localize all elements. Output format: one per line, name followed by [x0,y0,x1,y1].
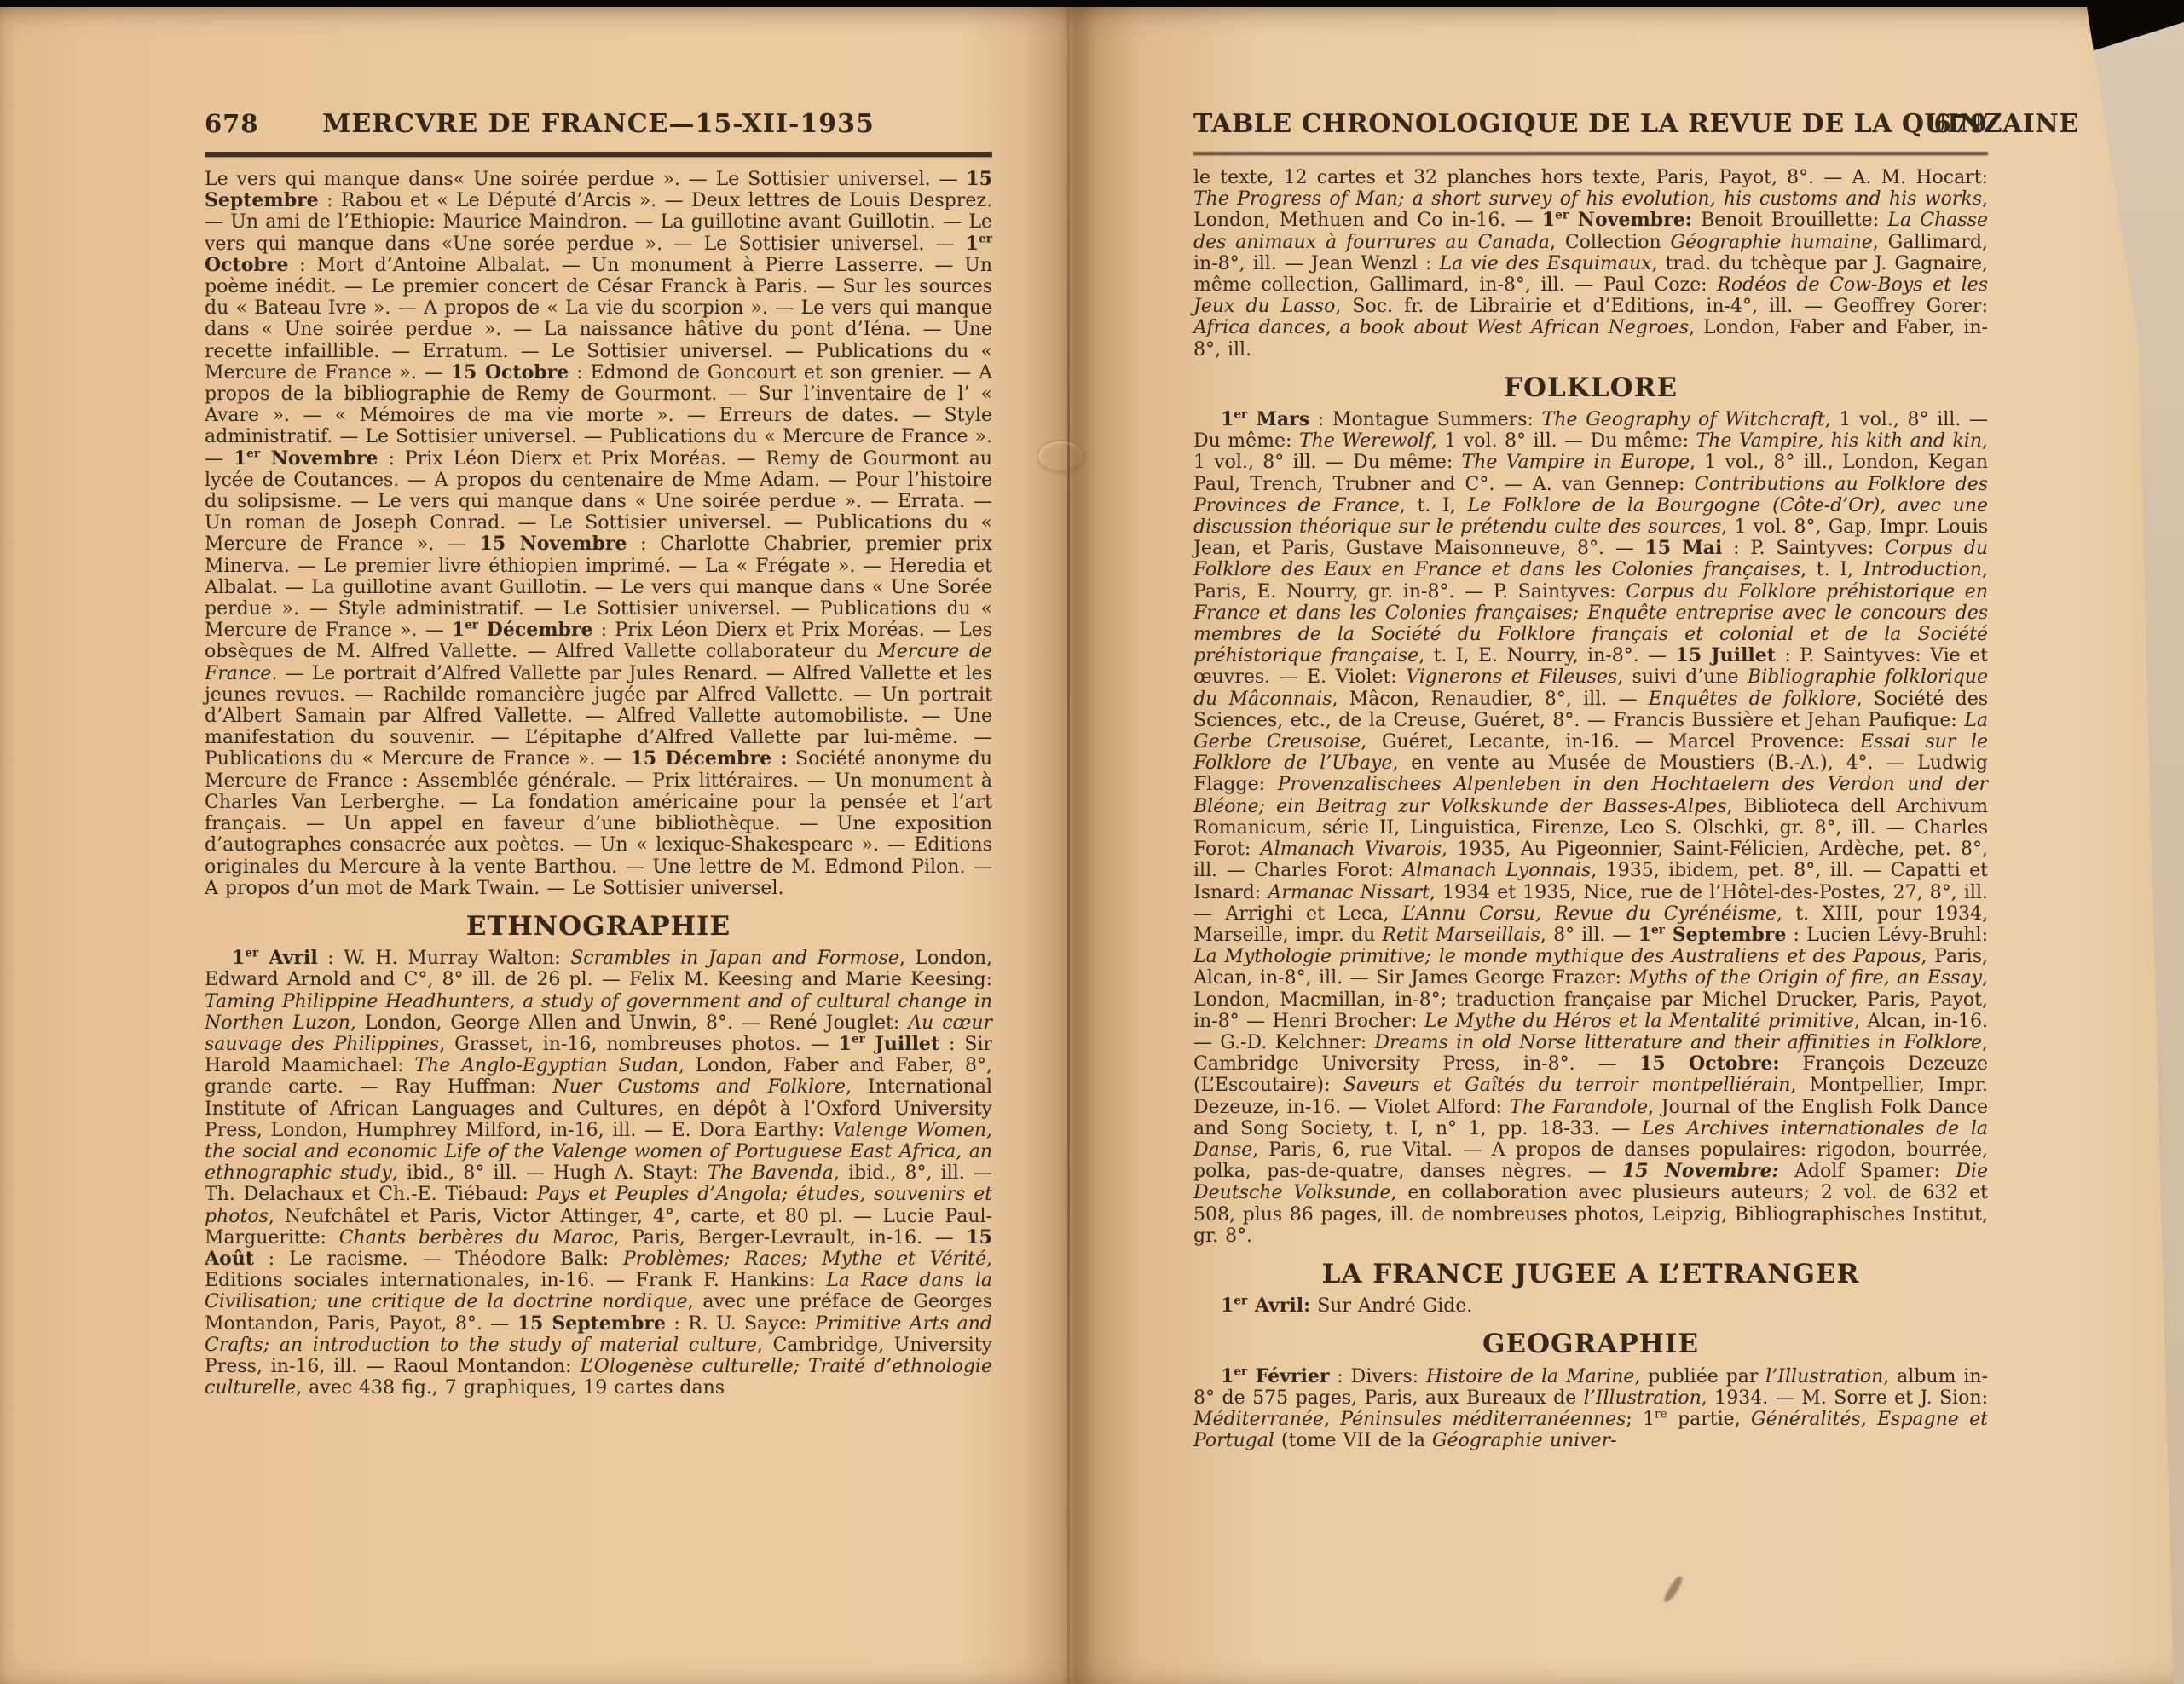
left-page: 678 MERCVRE DE FRANCE—15-XII-1935 Le ver… [205,104,992,1399]
ink-smudge-mark [1661,1576,1685,1604]
paragraph: 1er Avril : W. H. Murray Walton: Scrambl… [205,948,992,1399]
left-header-rule [205,152,992,157]
gutter-crease-line [1067,7,1070,1684]
gutter-shadow [1023,7,1142,1684]
paragraph: Le vers qui manque dans« Une soirée perd… [205,169,992,899]
paragraph: 1er Avril: Sur André Gide. [1193,1295,1988,1317]
left-running-head: 678 MERCVRE DE FRANCE—15-XII-1935 [205,104,992,145]
section-heading: GEOGRAPHIE [1193,1334,1988,1355]
scanned-book-spread: { "colors": { "background": "#0b0804", "… [0,0,2184,1684]
right-running-head: TABLE CHRONOLOGIQUE DE LA REVUE DE LA QU… [1193,104,1988,145]
section-heading: FOLKLORE [1193,378,1988,399]
paragraph: 1er Mars : Montague Summers: The Geograp… [1193,409,1988,1247]
paper-emboss-mark [1037,440,1084,472]
paragraph: 1er Février : Divers: Histoire de la Mar… [1193,1366,1988,1452]
paragraph: le texte, 12 cartes et 32 planches hors … [1193,167,1988,360]
right-text-block: le texte, 12 cartes et 32 planches hors … [1193,167,1988,1451]
right-header-rule [1193,152,1988,155]
section-heading: ETHNOGRAPHIE [205,916,992,937]
right-page-number: 679 [1933,109,1988,138]
left-text-block: Le vers qui manque dans« Une soirée perd… [205,169,992,1399]
section-heading: LA FRANCE JUGEE A L’ETRANGER [1193,1264,1988,1285]
left-running-title: MERCVRE DE FRANCE—15-XII-1935 [205,109,992,139]
right-page: TABLE CHRONOLOGIQUE DE LA REVUE DE LA QU… [1193,104,1988,1451]
